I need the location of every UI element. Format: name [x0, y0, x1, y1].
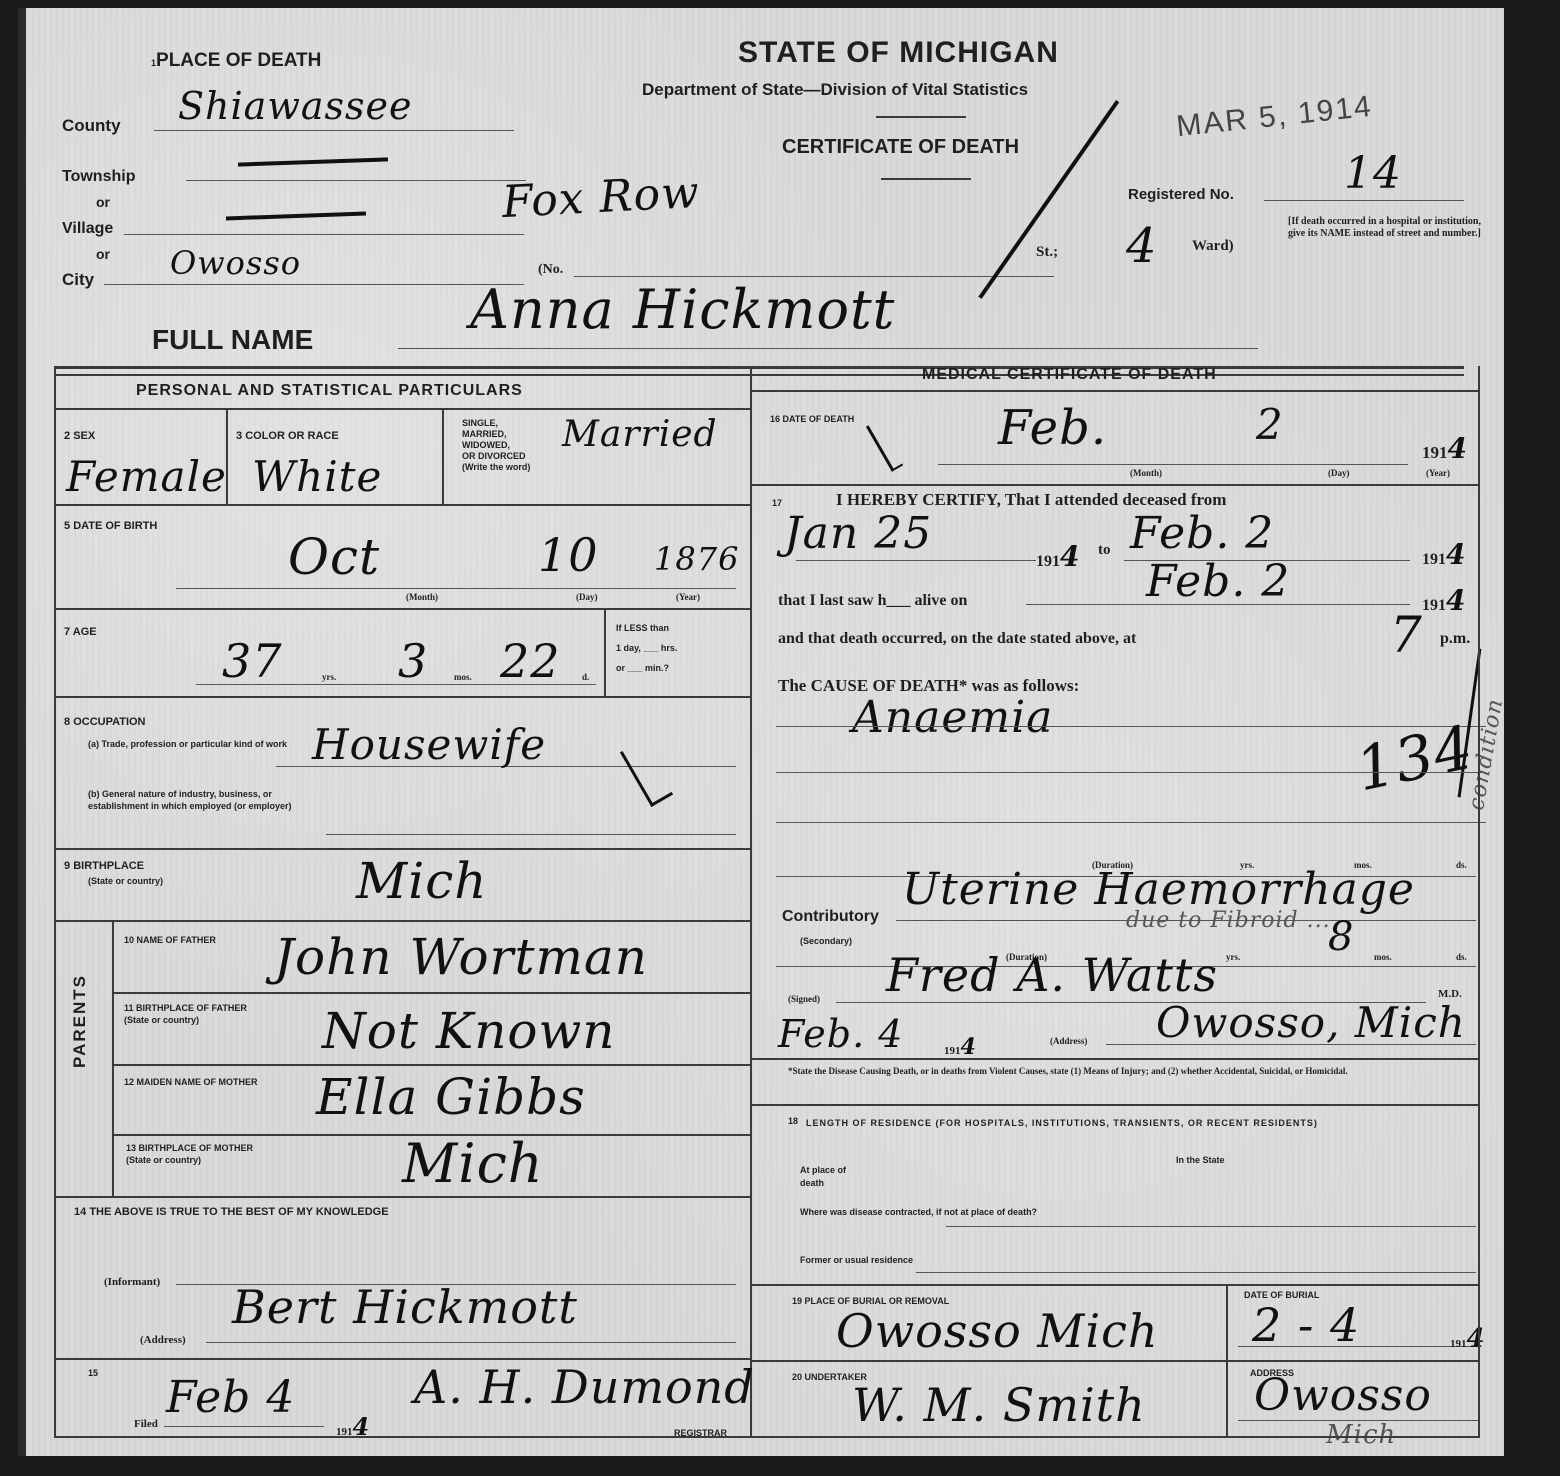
- received-date-stamp: MAR 5, 1914: [1175, 90, 1375, 144]
- sex-label-text: SEX: [73, 430, 95, 442]
- ds-unit: ds.: [1456, 952, 1467, 962]
- certify-text: I HEREBY CERTIFY, That I attended deceas…: [836, 490, 1226, 510]
- street-number-label: (No.: [538, 262, 563, 278]
- last-saw-year: 1914: [1422, 584, 1466, 617]
- field-number: 12: [124, 1077, 134, 1087]
- signed-date: Feb. 4: [778, 1012, 903, 1056]
- row-rule: [112, 1064, 750, 1066]
- burial-place-value: Owosso Mich: [836, 1304, 1159, 1358]
- in-state-label: In the State: [1176, 1154, 1236, 1167]
- city-line: [104, 284, 524, 285]
- year-caption: (Year): [676, 592, 700, 602]
- field-number: 16: [770, 414, 780, 424]
- verification-check-mark-icon: [978, 100, 1119, 299]
- color-label: 3 COLOR OR RACE: [236, 430, 339, 442]
- state-title: STATE OF MICHIGAN: [738, 36, 1059, 70]
- attended-to: Feb. 2: [1130, 508, 1274, 559]
- day-caption: (Day): [576, 592, 598, 602]
- year-suffix: 4: [1446, 538, 1466, 571]
- row-rule: [112, 992, 750, 994]
- year-prefix: 191: [1450, 1338, 1467, 1350]
- father-birthplace-value: Not Known: [322, 1002, 616, 1060]
- divider: [876, 116, 966, 118]
- mother-name-label-text: MAIDEN NAME OF MOTHER: [137, 1077, 258, 1087]
- cause-footnote: *State the Disease Causing Death, or in …: [788, 1064, 1478, 1078]
- dob-label-text: DATE OF BIRTH: [73, 520, 157, 532]
- certificate-title: CERTIFICATE OF DEATH: [782, 136, 1019, 159]
- physician-signature: Fred A. Watts: [886, 948, 1218, 1002]
- dob-year: 1876: [654, 540, 739, 578]
- village-dash: [226, 212, 366, 221]
- informant-statement-text: THE ABOVE IS TRUE TO THE BEST OF MY KNOW…: [89, 1206, 388, 1218]
- street-value: Fox Row: [501, 167, 701, 228]
- registered-no-line: [1264, 200, 1464, 201]
- dob-label: 5 DATE OF BIRTH: [64, 520, 157, 532]
- year-prefix: 191: [944, 1045, 961, 1057]
- dod-day: 2: [1256, 400, 1284, 449]
- death-time: 7: [1390, 606, 1423, 664]
- attended-from-year: 1914: [1036, 540, 1080, 573]
- filed-label: Filed: [134, 1418, 158, 1430]
- mother-birthplace-label-text: BIRTHPLACE OF MOTHER: [139, 1143, 254, 1153]
- contributory-label: Contributory: [782, 908, 879, 926]
- dod-month: Feb.: [998, 400, 1107, 456]
- to-label: to: [1098, 542, 1111, 559]
- last-saw-date: Feb. 2: [1146, 556, 1290, 607]
- registered-no-label: Registered No.: [1128, 186, 1234, 203]
- field-number: 9: [64, 860, 70, 872]
- marital-label-line: WIDOWED,: [462, 440, 530, 451]
- full-name-value: Anna Hickmott: [470, 278, 895, 341]
- age-months: 3: [398, 634, 428, 688]
- marital-label-line: MARRIED,: [462, 429, 530, 440]
- cause-line: [776, 726, 1486, 727]
- month-caption: (Month): [406, 592, 438, 602]
- department-line: Department of State—Division of Vital St…: [642, 80, 1028, 100]
- ward-st-label: St.;: [1036, 244, 1058, 261]
- age-label-text: AGE: [73, 626, 97, 638]
- row-rule: [54, 1196, 750, 1198]
- field-number: 11: [124, 1003, 134, 1013]
- attended-from: Jan 25: [784, 508, 932, 559]
- father-birthplace-label-text: BIRTHPLACE OF FATHER: [136, 1003, 247, 1013]
- row-rule: [54, 408, 750, 410]
- informant-label: (Informant): [104, 1276, 160, 1288]
- village-label: Village: [62, 220, 113, 238]
- occupation-label-text: OCCUPATION: [73, 716, 145, 728]
- field-number: 7: [64, 626, 70, 638]
- registered-no-value: 14: [1344, 148, 1402, 199]
- full-name-label: FULL NAME: [152, 324, 313, 356]
- burial-date-year: 1914: [1450, 1324, 1486, 1354]
- field-number: 5: [64, 520, 70, 532]
- note-line: If LESS than: [616, 618, 677, 638]
- field-number: 15: [88, 1368, 98, 1378]
- marital-value: Married: [562, 414, 718, 455]
- at-place-label: At place of death: [800, 1164, 870, 1190]
- occupation-label: 8 OCCUPATION: [64, 716, 146, 728]
- father-birthplace-label: 11 BIRTHPLACE OF FATHER(State or country…: [124, 1002, 304, 1026]
- contracted-line: [946, 1226, 1476, 1227]
- age-days: 22: [500, 634, 561, 688]
- death-certificate: 1PLACE OF DEATH STATE OF MICHIGAN Depart…: [18, 8, 1504, 1456]
- contracted-label: Where was disease contracted, if not at …: [800, 1206, 1050, 1219]
- year-suffix: 4: [1060, 540, 1080, 573]
- check-mark-icon: [620, 740, 673, 807]
- row-rule: [54, 504, 750, 506]
- signed-label: (Signed): [788, 994, 820, 1004]
- former-residence-label: Former or usual residence: [800, 1254, 950, 1267]
- father-name-label: 10 NAME OF FATHER: [124, 934, 224, 946]
- mother-name-value: Ella Gibbs: [316, 1068, 586, 1126]
- row-rule: [54, 608, 750, 610]
- marital-label: SINGLE, MARRIED, WIDOWED, OR DIVORCED (W…: [462, 418, 530, 473]
- county-value: Shiawassee: [178, 84, 412, 128]
- county-line: [154, 130, 514, 131]
- full-name-line: [398, 348, 1258, 349]
- dod-label-text: DATE OF DEATH: [783, 414, 855, 424]
- registrar-signature: A. H. Dumond: [414, 1360, 755, 1414]
- dod-year-prefix: 191: [1422, 443, 1448, 462]
- field-number: 20: [792, 1372, 802, 1382]
- field-number: 17: [772, 498, 782, 508]
- mother-birthplace-value: Mich: [402, 1132, 544, 1195]
- contributory-note: due to Fibroid ...: [1126, 908, 1331, 933]
- field-number: 13: [126, 1143, 136, 1153]
- note-line: or ___ min.?: [616, 658, 677, 678]
- parents-divider: [112, 920, 114, 1196]
- township-label: Township: [62, 168, 135, 186]
- father-birthplace-sub: (State or country): [124, 1015, 199, 1025]
- year-suffix: 4: [961, 1034, 977, 1060]
- birthplace-value: Mich: [356, 852, 487, 910]
- dob-month: Oct: [288, 528, 380, 586]
- occupation-b-label: (b) General nature of industry, business…: [88, 788, 328, 812]
- township-dash: [238, 157, 388, 166]
- attended-to-year: 1914: [1422, 538, 1466, 571]
- city-value: Owosso: [170, 244, 301, 282]
- row-rule: [54, 920, 750, 922]
- city-label: City: [62, 270, 94, 290]
- village-line: [124, 234, 524, 235]
- cause-line: [776, 822, 1486, 823]
- informant-statement: 14 THE ABOVE IS TRUE TO THE BEST OF MY K…: [74, 1206, 389, 1218]
- check-mark-icon: [866, 420, 903, 472]
- row-rule: [752, 390, 1478, 392]
- year-prefix: 191: [1422, 597, 1446, 614]
- year-suffix: 4: [1446, 584, 1466, 617]
- age-months-unit: mos.: [454, 672, 472, 682]
- row-rule: [54, 696, 750, 698]
- death-time-text: and that death occurred, on the date sta…: [778, 630, 1136, 648]
- mother-birthplace-sub: (State or country): [126, 1155, 201, 1165]
- row-rule: [752, 1058, 1478, 1060]
- header-rule: [54, 374, 1464, 376]
- informant-address-label: (Address): [140, 1334, 186, 1346]
- contributory-duration-months: 8: [1328, 914, 1354, 960]
- cell-divider: [442, 408, 444, 504]
- year-prefix: 191: [1422, 551, 1446, 568]
- street-line: [574, 276, 1054, 277]
- cell-divider: [604, 608, 606, 696]
- day-caption: (Day): [1328, 468, 1350, 478]
- dod-year: 1914: [1422, 432, 1468, 465]
- age-years: 37: [222, 634, 283, 688]
- dob-day: 10: [538, 528, 599, 582]
- year-caption: (Year): [1426, 468, 1450, 478]
- father-name-value: John Wortman: [274, 928, 648, 986]
- last-saw-text: that I last saw h___ alive on: [778, 592, 967, 610]
- bottom-border: [54, 1436, 1480, 1438]
- undertaker-address-value: Owosso: [1254, 1370, 1432, 1421]
- filed-line: [164, 1426, 324, 1427]
- informant-value: Bert Hickmott: [232, 1280, 578, 1334]
- attended-from-line: [796, 560, 1036, 561]
- township-line: [186, 180, 526, 181]
- row-rule: [752, 484, 1478, 486]
- sex-label: 2 SEX: [64, 430, 95, 442]
- right-border: [1478, 366, 1480, 1436]
- occupation-b-line: [326, 834, 736, 835]
- residence-title: LENGTH OF RESIDENCE (FOR HOSPITALS, INST…: [806, 1116, 1486, 1130]
- row-rule: [752, 1284, 1478, 1286]
- place-of-death-label: PLACE OF DEATH: [156, 50, 321, 71]
- personal-section-title: PERSONAL AND STATISTICAL PARTICULARS: [136, 382, 523, 400]
- header-rule: [54, 366, 1464, 369]
- hospital-note: [If death occurred in a hospital or inst…: [1288, 216, 1488, 240]
- signed-year: 1914: [944, 1034, 977, 1060]
- dod-line: [938, 464, 1408, 465]
- field-number: 8: [64, 716, 70, 728]
- undertaker-value: W. M. Smith: [852, 1378, 1146, 1432]
- mother-name-label: 12 MAIDEN NAME OF MOTHER: [124, 1076, 284, 1088]
- ward-value: 4: [1126, 218, 1158, 274]
- physician-address: Owosso, Mich: [1156, 998, 1466, 1047]
- marital-label-line: (Write the word): [462, 462, 530, 473]
- field-number: 3: [236, 430, 242, 442]
- parents-side-label: PARENTS: [70, 974, 90, 1068]
- ds-unit: ds.: [1456, 860, 1467, 870]
- place-of-death-heading: 1PLACE OF DEATH: [151, 50, 321, 72]
- or-label: or: [96, 194, 110, 210]
- note-line: 1 day, ___ hrs.: [616, 638, 677, 658]
- field-number: 18: [788, 1116, 798, 1126]
- dob-line: [176, 588, 736, 589]
- undertaker-address-value-2: Mich: [1326, 1420, 1396, 1450]
- birthplace-label-text: BIRTHPLACE: [73, 860, 144, 872]
- divider: [881, 178, 971, 180]
- mos-unit: mos.: [1374, 952, 1392, 962]
- dod-label: 16 DATE OF DEATH: [770, 414, 854, 424]
- column-divider: [750, 366, 752, 1436]
- occupation-a-value: Housewife: [312, 720, 546, 769]
- age-years-unit: yrs.: [322, 672, 336, 682]
- dod-year-suffix: 4: [1448, 432, 1468, 465]
- occupation-a-label: (a) Trade, profession or particular kind…: [88, 738, 288, 750]
- age-days-unit: d.: [582, 672, 589, 682]
- informant-address-line: [206, 1342, 736, 1343]
- year-prefix: 191: [1036, 553, 1060, 570]
- yrs-unit: yrs.: [1226, 952, 1240, 962]
- left-border: [54, 366, 56, 1436]
- or-label: or: [96, 246, 110, 262]
- sex-value: Female: [66, 452, 227, 501]
- secondary-label: (Secondary): [800, 936, 852, 946]
- death-time-suffix: p.m.: [1440, 630, 1470, 648]
- county-label: County: [62, 116, 121, 136]
- father-name-label-text: NAME OF FATHER: [137, 935, 216, 945]
- field-number: 14: [74, 1206, 86, 1218]
- burial-date-value: 2 - 4: [1252, 1298, 1360, 1352]
- year-suffix: 4: [1467, 1324, 1486, 1354]
- less-than-day-note: If LESS than 1 day, ___ hrs. or ___ min.…: [616, 618, 677, 678]
- row-rule: [752, 1104, 1478, 1106]
- marital-label-line: SINGLE,: [462, 418, 530, 429]
- filed-date: Feb 4: [166, 1372, 295, 1423]
- marital-label-line: OR DIVORCED: [462, 451, 530, 462]
- mother-birthplace-label: 13 BIRTHPLACE OF MOTHER(State or country…: [126, 1142, 306, 1166]
- ward-label: Ward): [1192, 238, 1234, 255]
- row-rule: [54, 848, 750, 850]
- age-label: 7 AGE: [64, 626, 97, 638]
- birthplace-label: 9 BIRTHPLACE: [64, 860, 144, 872]
- birthplace-sub: (State or country): [88, 876, 163, 886]
- color-label-text: COLOR OR RACE: [245, 430, 339, 442]
- field-number: 2: [64, 430, 70, 442]
- month-caption: (Month): [1130, 468, 1162, 478]
- field-number: 19: [792, 1296, 802, 1306]
- color-value: White: [252, 452, 382, 501]
- cause-value: Anaemia: [852, 692, 1053, 743]
- physician-address-label: (Address): [1050, 1036, 1087, 1046]
- field-number: 10: [124, 935, 134, 945]
- former-residence-line: [916, 1272, 1476, 1273]
- medical-section-title: MEDICAL CERTIFICATE OF DEATH: [922, 366, 1217, 384]
- cause-line: [776, 772, 1486, 773]
- row-rule: [752, 1360, 1478, 1362]
